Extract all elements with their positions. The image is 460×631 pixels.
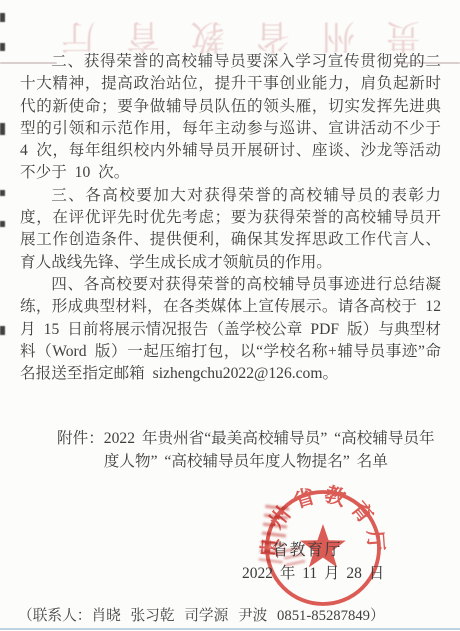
scan-artifact [0,190,5,196]
document-date: 2022 年 11 月 28 日 [242,561,384,583]
attachment-title: 2022 年贵州省“最美高校辅导员” “高校辅导员年度人物” “高校辅导员年度人… [104,428,449,473]
attachment-note: 附件： 2022 年贵州省“最美高校辅导员” “高校辅导员年度人物” “高校辅导… [57,428,449,473]
paragraph-3: 三、各高校要加大对获得荣誉的高校辅导员的表彰力度，在评优评先时优先考虑；要为获得… [20,185,441,274]
scanned-document-page: 贵州省教育厅 二、获得荣誉的高校辅导员要深入学习宣传贯彻党的二十大精神，提高政治… [0,0,460,631]
scan-artifact [0,221,5,227]
paragraph-4: 四、各高校要对获得荣誉的高校辅导员事迹进行总结凝练，形成典型材料，在各类媒体上宣… [20,274,441,385]
issuer-signature: 省教育厅 [272,537,342,560]
scan-edge-line [0,628,460,630]
document-body: 二、获得荣誉的高校辅导员要深入学习宣传贯彻党的二十大精神，提高政治站位，提升干事… [20,51,441,385]
scan-artifact [0,123,5,135]
scan-artifact [0,326,5,335]
scan-artifact [0,43,5,51]
scan-artifact [0,13,5,22]
paragraph-2: 二、获得荣誉的高校辅导员要深入学习宣传贯彻党的二十大精神，提高政治站位，提升干事… [20,51,441,185]
attachment-label: 附件： [57,428,104,473]
